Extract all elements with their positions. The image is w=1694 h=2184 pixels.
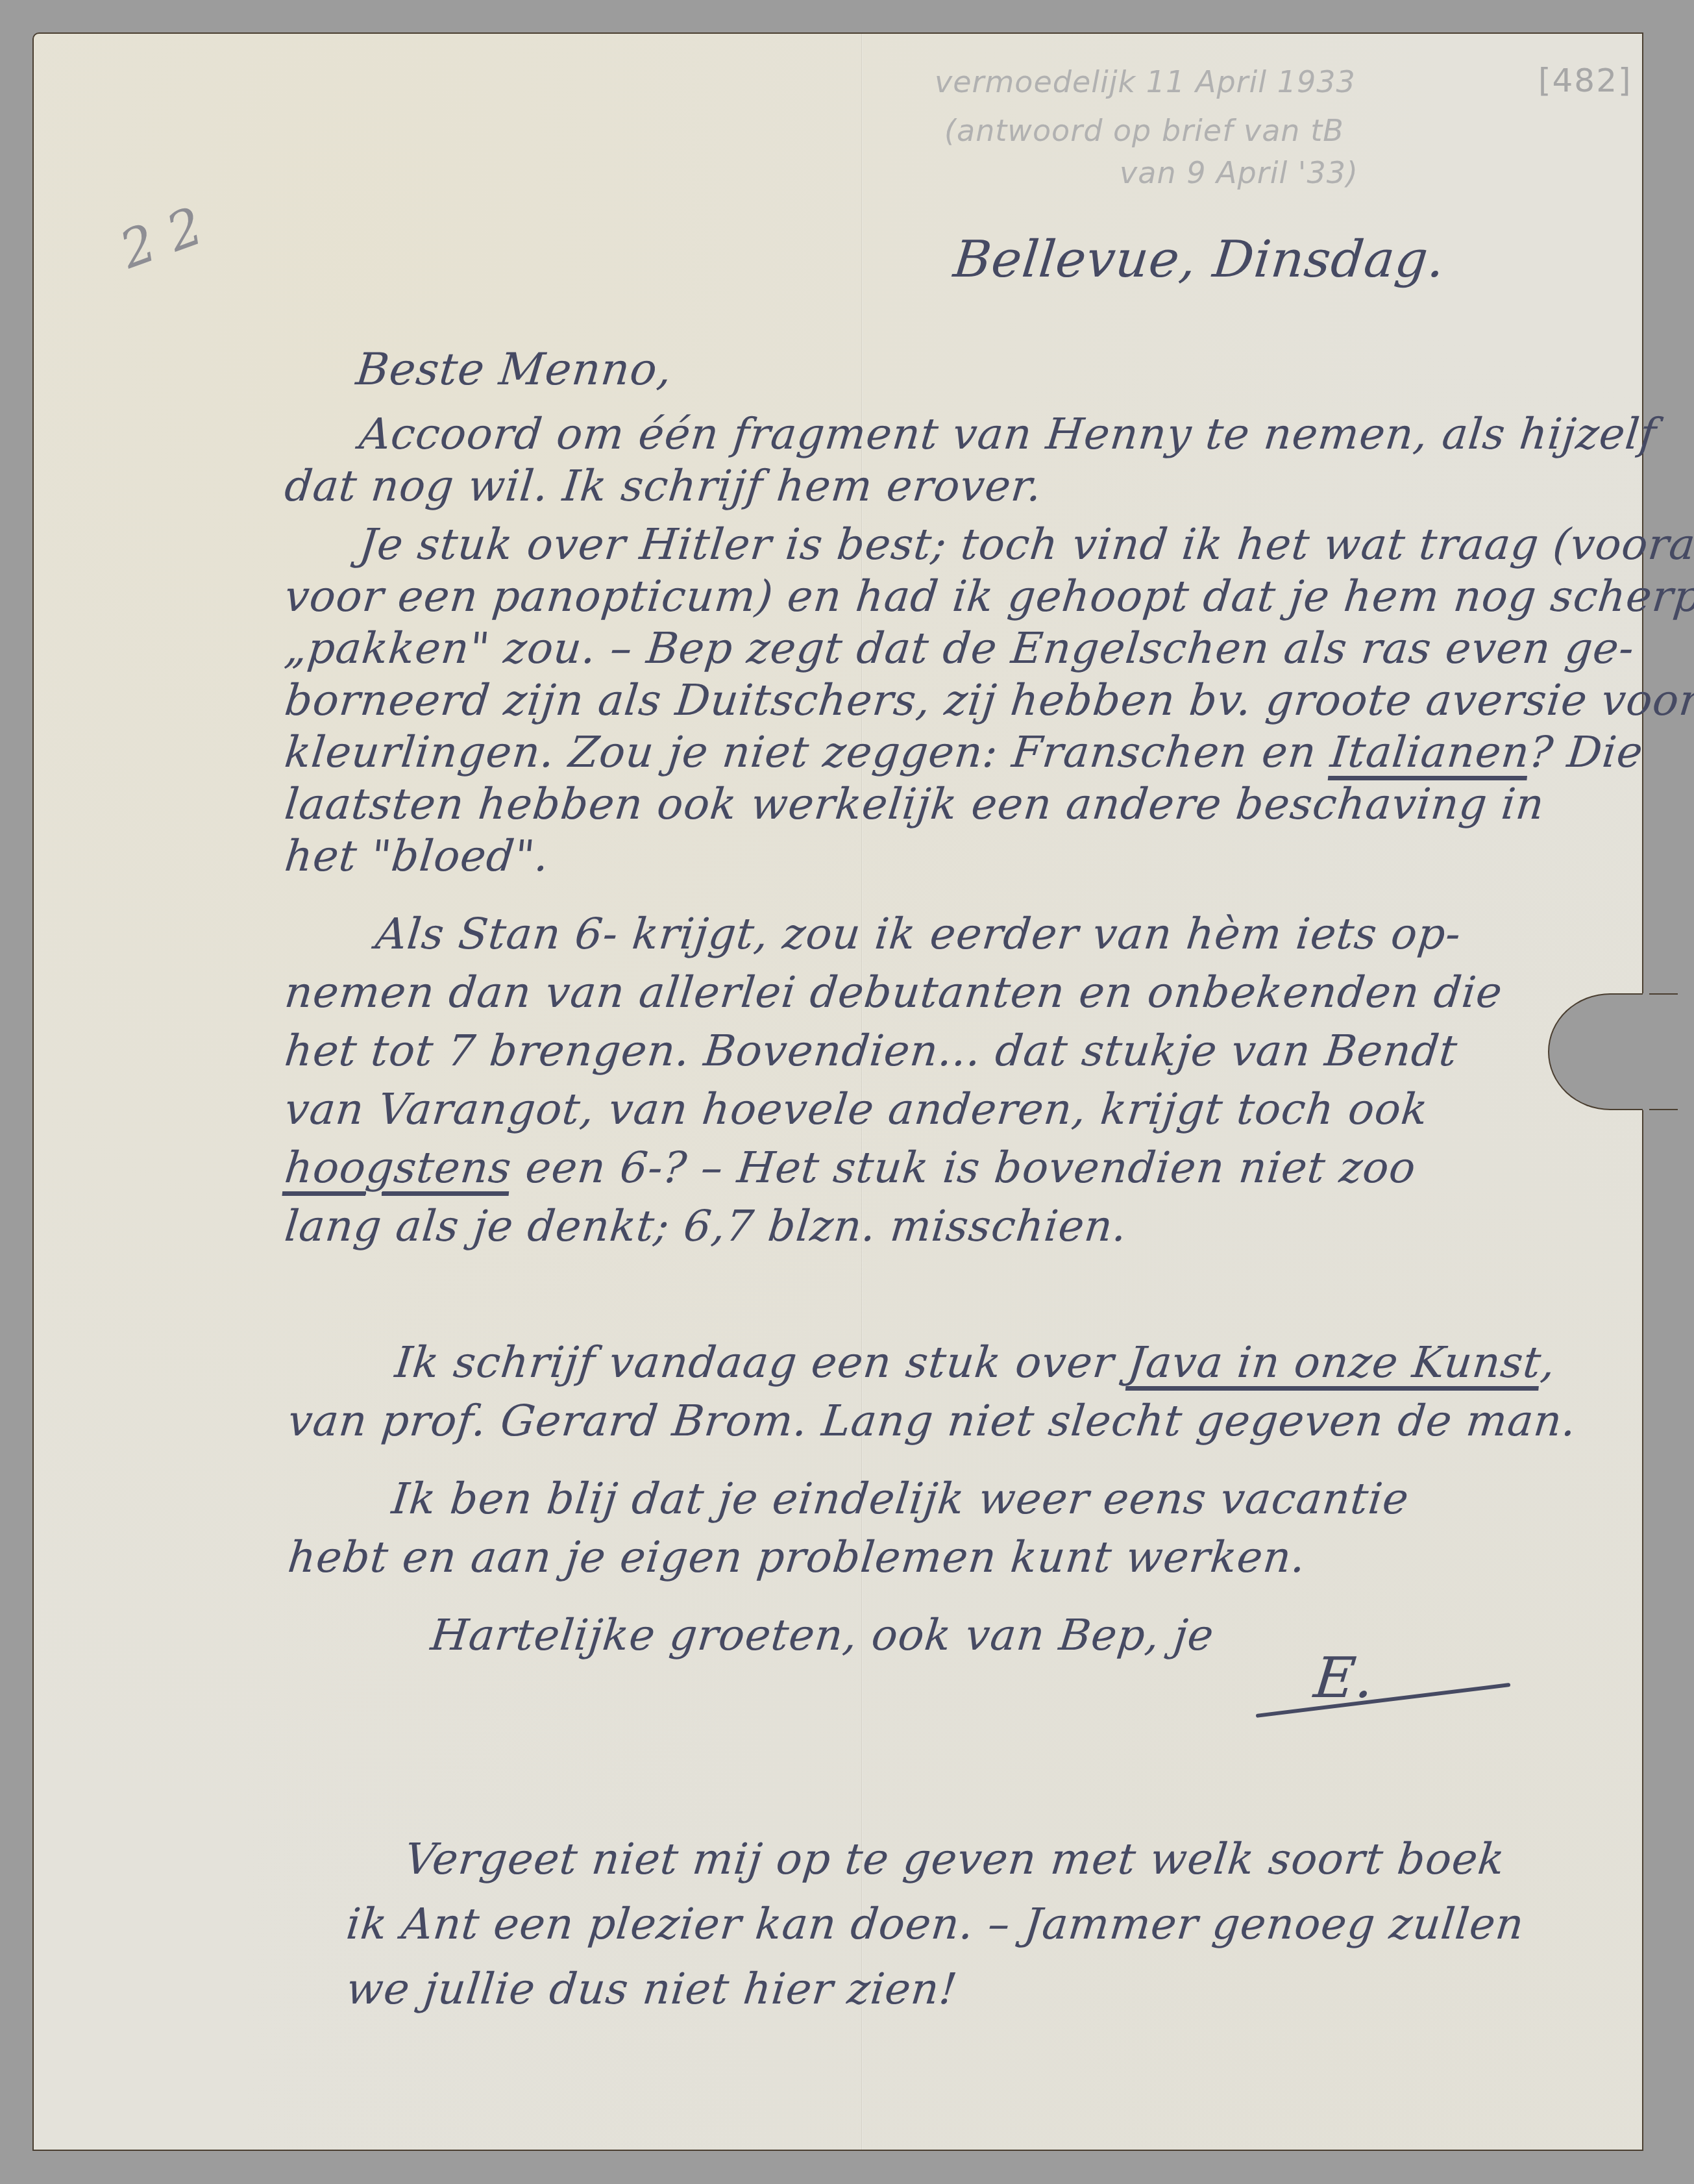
torn-notch bbox=[1548, 993, 1678, 1110]
underlined-word: hoogstens bbox=[282, 1143, 514, 1193]
archive-note-line-1: vermoedelijk 11 April 1933 bbox=[935, 62, 1356, 102]
body-line: nemen dan van allerlei debutanten en onb… bbox=[282, 967, 1505, 1017]
archive-note-line-3: van 9 April '33) bbox=[1120, 153, 1358, 193]
body-line: Je stuk over Hitler is best; toch vind i… bbox=[357, 519, 1694, 569]
body-line: van prof. Gerard Brom. Lang niet slecht … bbox=[286, 1396, 1579, 1446]
body-line: borneerd zijn als Duitschers, zij hebben… bbox=[282, 675, 1694, 725]
place-date: Bellevue, Dinsdag. bbox=[951, 230, 1448, 289]
body-line: dat nog wil. Ik schrijf hem erover. bbox=[282, 461, 1044, 511]
body-line: Als Stan 6- krijgt, zou ik eerder van hè… bbox=[373, 909, 1464, 959]
body-line: kleurlingen. Zou je niet zeggen: Fransch… bbox=[282, 727, 1645, 777]
underlined-title: Java in onze Kunst bbox=[1125, 1337, 1543, 1387]
body-line: van Varangot, van hoevele anderen, krijg… bbox=[282, 1084, 1430, 1134]
closing-line: Hartelijke groeten, ook van Bep, je bbox=[428, 1610, 1216, 1660]
archive-note-line-2: (antwoord op brief van tB bbox=[944, 110, 1344, 151]
body-line: „pakken" zou. – Bep zegt dat de Engelsch… bbox=[282, 623, 1637, 673]
postscript-line: we jullie dus niet hier zien! bbox=[344, 1964, 960, 2014]
body-line: laatsten hebben ook werkelijk een andere… bbox=[282, 779, 1547, 829]
salutation: Beste Menno, bbox=[354, 344, 675, 395]
archive-number: [482] bbox=[1538, 62, 1632, 99]
body-line: voor een panopticum) en had ik gehoopt d… bbox=[282, 571, 1694, 621]
body-line: Ik schrijf vandaag een stuk over Java in… bbox=[393, 1337, 1558, 1387]
body-line: het "bloed". bbox=[282, 831, 552, 881]
underlined-word: Italianen bbox=[1328, 727, 1532, 777]
body-line: Ik ben blij dat je eindelijk weer eens v… bbox=[389, 1474, 1412, 1524]
body-line: hoogstens een 6-? – Het stuk is bovendie… bbox=[282, 1143, 1418, 1193]
postscript-line: ik Ant een plezier kan doen. – Jammer ge… bbox=[344, 1899, 1527, 1949]
postscript-line: Vergeet niet mij op te geven met welk so… bbox=[402, 1834, 1507, 1884]
body-line: lang als je denkt; 6,7 blzn. misschien. bbox=[282, 1201, 1130, 1251]
body-line: Accoord om één fragment van Henny te nem… bbox=[357, 409, 1659, 459]
body-line: hebt en aan je eigen problemen kunt werk… bbox=[286, 1532, 1308, 1582]
body-line: het tot 7 brengen. Bovendien... dat stuk… bbox=[282, 1026, 1460, 1076]
